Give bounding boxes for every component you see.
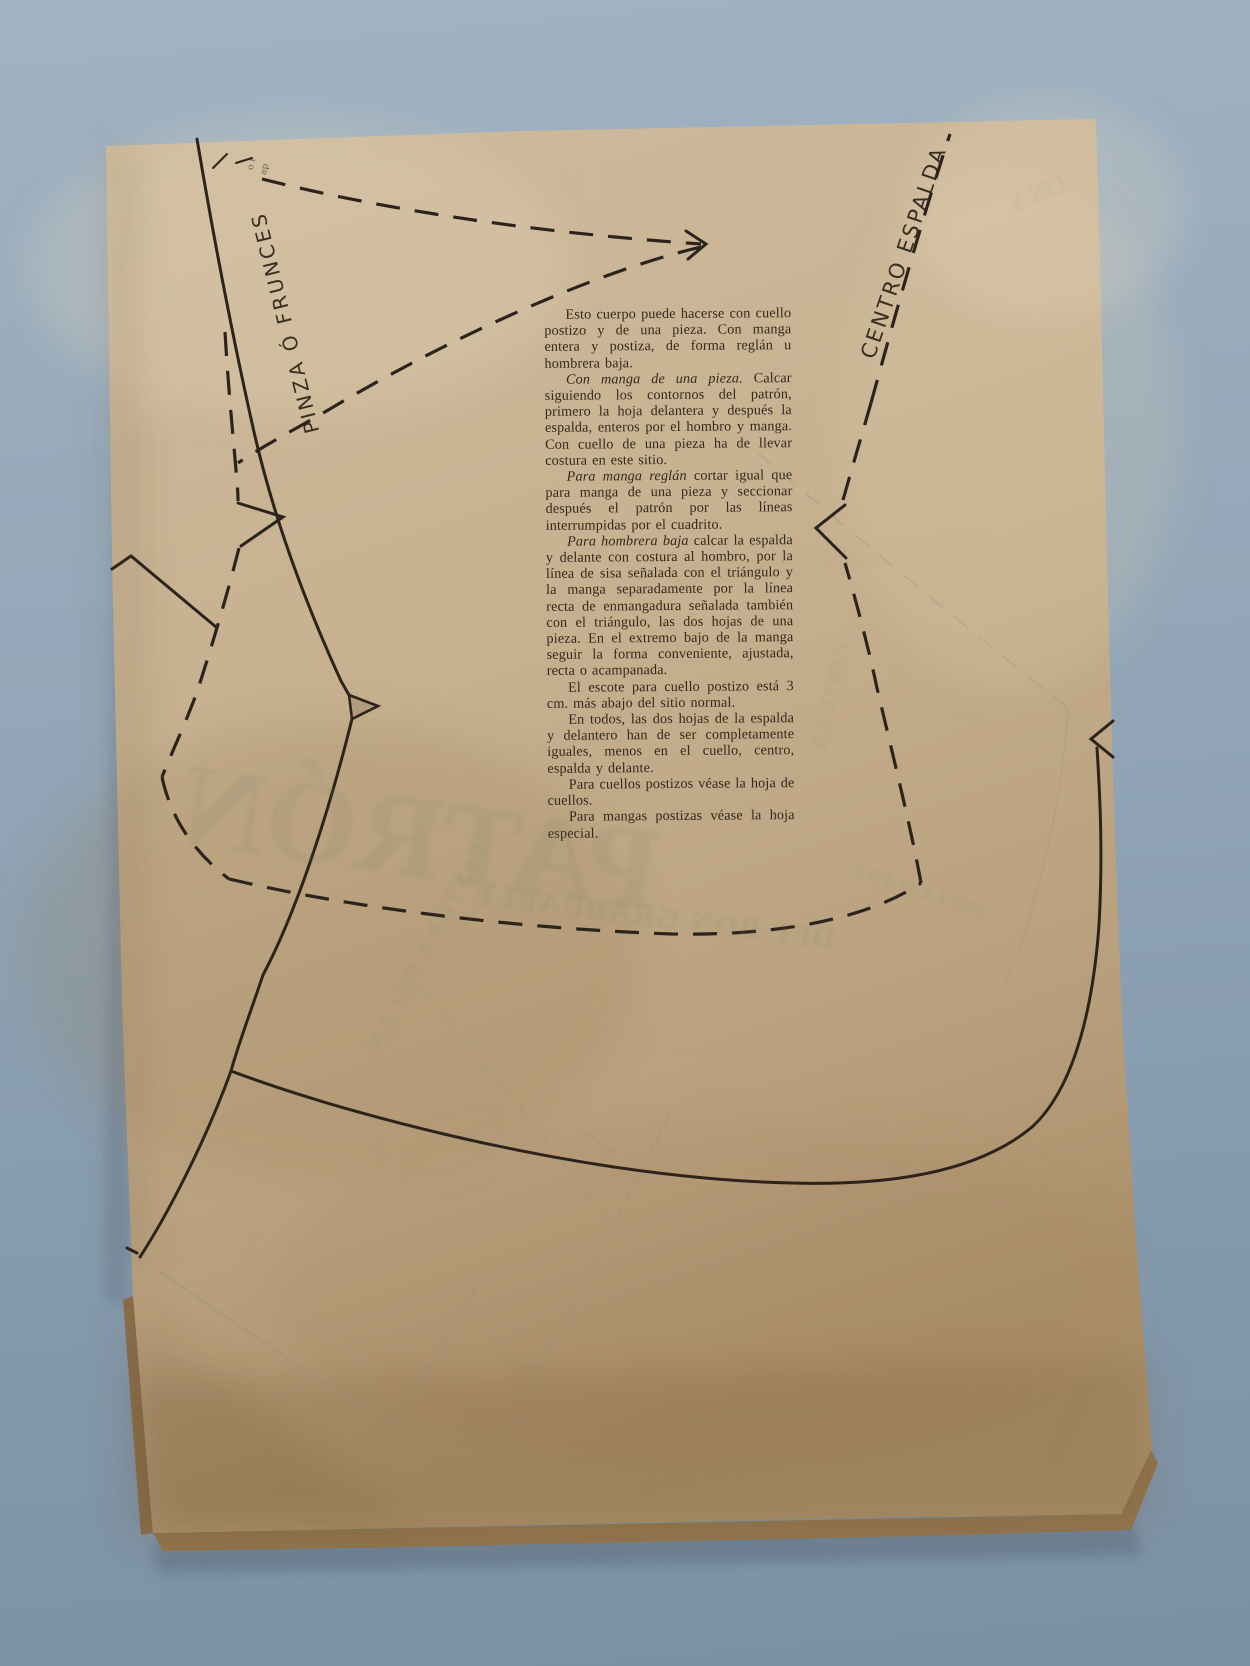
corner-tiny-text-2: ap bbox=[259, 168, 270, 186]
paragraph-text: El escote para cuello postizo está 3 cm.… bbox=[547, 678, 794, 712]
paragraph-3: Para manga reglán cortar igual que para … bbox=[545, 467, 792, 534]
paragraph-1: Esto cuerpo puede hacerse con cuello pos… bbox=[544, 305, 791, 372]
paragraph-lead: Para hombrera baja bbox=[567, 533, 689, 550]
paragraph-4: Para hombrera baja calcar la espalda y d… bbox=[546, 532, 794, 680]
paragraph-text: Esto cuerpo puede hacerse con cuello pos… bbox=[544, 305, 791, 371]
paragraph-lead: Para manga reglán bbox=[567, 468, 687, 485]
tiny-mark-text: o r bbox=[246, 157, 258, 171]
paragraph-text: En todos, las dos hojas de la espalda y … bbox=[547, 710, 794, 776]
paragraph-2: Con manga de una pieza. Calcar siguiendo… bbox=[545, 370, 793, 469]
label-pinza-anchor: PINZA Ó FRUNCES bbox=[301, 436, 529, 460]
corner-tiny-text-1: o r bbox=[246, 163, 259, 181]
label-centro-anchor: CENTRO ESPALDA bbox=[856, 354, 1079, 378]
paragraph-5: El escote para cuello postizo está 3 cm.… bbox=[547, 678, 794, 712]
paragraph-text: calcar la espalda y delante con costura … bbox=[546, 532, 794, 679]
instructions-column: Esto cuerpo puede hacerse con cuello pos… bbox=[544, 305, 795, 841]
tiny-mark-text: ap bbox=[259, 163, 271, 176]
photo-of-sewing-pattern-sheet: Esto cuerpo puede hacerse con cuello pos… bbox=[0, 0, 1250, 1666]
paragraph-6: En todos, las dos hojas de la espalda y … bbox=[547, 710, 794, 777]
paragraph-lead: Con manga de una pieza. bbox=[566, 370, 743, 387]
